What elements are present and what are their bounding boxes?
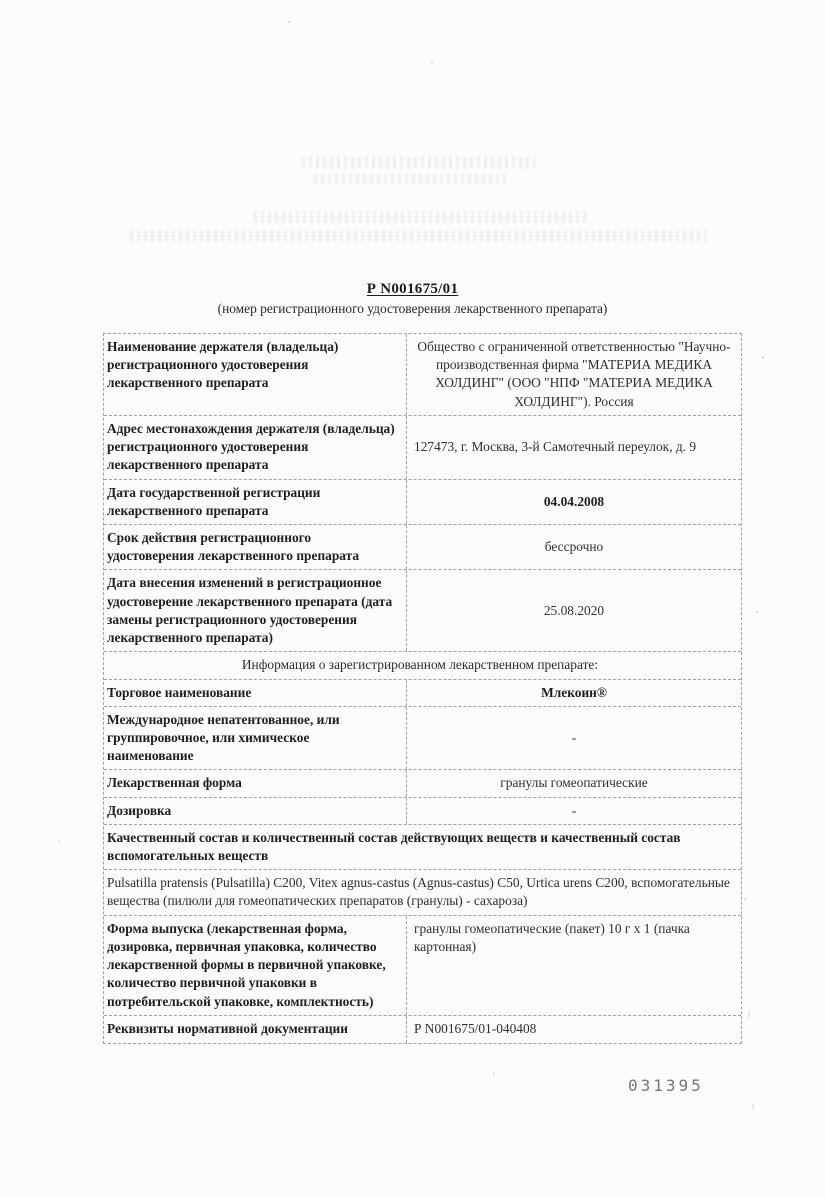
scan-noise-speck bbox=[752, 1103, 754, 1110]
row-label: Дозировка bbox=[104, 798, 406, 824]
table-row: Торговое наименованиеМлекоин® bbox=[104, 679, 741, 706]
row-label: Лекарственная форма bbox=[104, 770, 406, 796]
table-row: Срок действия регистрационного удостовер… bbox=[104, 524, 741, 569]
row-value: гранулы гомеопатические bbox=[406, 770, 741, 796]
faded-scan-text-artifact bbox=[252, 211, 587, 223]
row-label: Дата государственной регистрации лекарст… bbox=[104, 480, 406, 524]
row-value: 04.04.2008 bbox=[406, 480, 741, 524]
registration-number: Р N001675/01 bbox=[0, 281, 825, 298]
row-label: Форма выпуска (лекарственная форма, дози… bbox=[104, 916, 406, 1015]
row-label: Pulsatilla pratensis (Pulsatilla) C200, … bbox=[104, 870, 741, 914]
table-row: Pulsatilla pratensis (Pulsatilla) C200, … bbox=[104, 869, 741, 914]
faded-scan-text-artifact bbox=[128, 230, 706, 242]
row-label: Срок действия регистрационного удостовер… bbox=[104, 525, 406, 569]
scan-noise-speck bbox=[288, 21, 290, 23]
table-row: Реквизиты нормативной документацииР N001… bbox=[104, 1015, 741, 1043]
scan-noise-speck bbox=[762, 356, 764, 359]
scanned-document-page: Р N001675/01 (номер регистрационного удо… bbox=[0, 0, 825, 1197]
table-row: Качественный состав и количественный сос… bbox=[104, 824, 741, 869]
row-label: Реквизиты нормативной документации bbox=[104, 1016, 406, 1043]
table-row: Лекарственная формагранулы гомеопатическ… bbox=[104, 769, 741, 796]
row-value: - bbox=[406, 707, 741, 770]
table-row: Адрес местонахождения держателя (владель… bbox=[104, 415, 741, 479]
info-heading: Информация о зарегистрированном лекарств… bbox=[104, 652, 741, 678]
row-value: Общество с ограниченной ответственностью… bbox=[406, 334, 741, 415]
row-label: Наименование держателя (владельца) регис… bbox=[104, 334, 406, 415]
table-row: Дата внесения изменений в регистрационно… bbox=[104, 569, 741, 651]
row-value: 127473, г. Москва, 3-й Самотечный переул… bbox=[406, 416, 741, 479]
row-value: 25.08.2020 bbox=[406, 570, 741, 651]
row-value: - bbox=[406, 798, 741, 824]
row-label: Адрес местонахождения держателя (владель… bbox=[104, 416, 406, 479]
serial-number-stamp: 031395 bbox=[628, 1076, 704, 1095]
row-value: бессрочно bbox=[406, 525, 741, 569]
table-row: Международное непатентованное, или групп… bbox=[104, 706, 741, 770]
row-value: Млекоин® bbox=[406, 680, 741, 706]
faded-scan-text-artifact bbox=[300, 157, 535, 168]
row-label: Качественный состав и количественный сос… bbox=[104, 825, 741, 869]
scan-noise-speck bbox=[493, 1071, 495, 1076]
row-label: Международное непатентованное, или групп… bbox=[104, 707, 406, 770]
row-label: Торговое наименование bbox=[104, 680, 406, 706]
faded-scan-text-artifact bbox=[312, 174, 510, 184]
scan-noise-speck bbox=[748, 1009, 750, 1019]
table-row: Дата государственной регистрации лекарст… bbox=[104, 479, 741, 524]
scan-noise-speck bbox=[431, 62, 433, 64]
section-heading-row: Информация о зарегистрированном лекарств… bbox=[104, 651, 741, 678]
registration-number-caption: (номер регистрационного удостоверения ле… bbox=[0, 301, 825, 317]
scan-noise-speck bbox=[58, 840, 60, 842]
table-row: Форма выпуска (лекарственная форма, дози… bbox=[104, 915, 741, 1015]
info-table: Наименование держателя (владельца) регис… bbox=[103, 333, 742, 1044]
scan-noise-speck bbox=[756, 611, 758, 613]
scan-noise-speck bbox=[744, 898, 746, 900]
row-label: Дата внесения изменений в регистрационно… bbox=[104, 570, 406, 651]
table-row: Наименование держателя (владельца) регис… bbox=[104, 334, 741, 415]
row-value: Р N001675/01-040408 bbox=[406, 1016, 741, 1043]
table-row: Дозировка- bbox=[104, 797, 741, 824]
row-value: гранулы гомеопатические (пакет) 10 г х 1… bbox=[406, 916, 741, 1015]
